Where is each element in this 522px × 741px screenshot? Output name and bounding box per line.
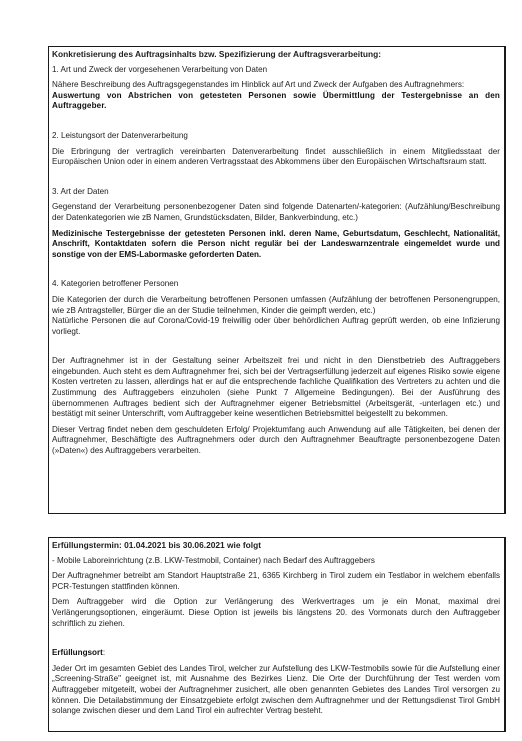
section-1-purpose: Auswertung von Abstrichen von getesteten… (52, 91, 500, 112)
section-3-heading: 3. Art der Daten (52, 187, 500, 198)
fulfillment-place-heading: Erfüllungsort: (52, 648, 500, 659)
section-2-text: Die Erbringung der vertraglich vereinbar… (52, 147, 500, 168)
section-1-text: Nähere Beschreibung des Auftragsgegensta… (52, 80, 500, 91)
section-1-heading: 1. Art und Zweck der vorgesehenen Verarb… (52, 65, 500, 76)
contractor-paragraph: Der Auftragnehmer ist in der Gestaltung … (52, 356, 500, 420)
section-4-text: Die Kategorien der durch die Verarbeitun… (52, 295, 500, 316)
section-2-heading: 2. Leistungsort der Datenverarbeitung (52, 131, 500, 142)
specification-title: Konkretisierung des Auftragsinhalts bzw.… (52, 49, 500, 60)
fulfillment-place-text: Jeder Ort im gesamten Gebiet des Landes … (52, 664, 500, 717)
mobile-lab-item: - Mobile Laboreinrichtung (z.B. LKW-Test… (52, 556, 500, 567)
fulfillment-date-title: Erfüllungstermin: 01.04.2021 bis 30.06.2… (52, 540, 500, 551)
scope-paragraph: Dieser Vertrag findet neben dem geschuld… (52, 425, 500, 457)
fulfillment-place-colon: : (103, 648, 105, 657)
test-lab-text: Der Auftragnehmer betreibt am Standort H… (52, 571, 500, 592)
section-3-data-types: Medizinische Testergebnisse der getestet… (52, 229, 500, 261)
fulfillment-box: Erfüllungstermin: 01.04.2021 bis 30.06.2… (48, 537, 506, 732)
section-4-persons: Natürliche Personen die auf Corona/Covid… (52, 316, 500, 337)
section-3-text: Gegenstand der Verarbeitung personenbezo… (52, 202, 500, 223)
section-4-heading: 4. Kategorien betroffener Personen (52, 279, 500, 290)
specification-box: Konkretisierung des Auftragsinhalts bzw.… (48, 46, 506, 514)
extension-option-text: Dem Auftraggeber wird die Option zur Ver… (52, 597, 500, 629)
fulfillment-place-title: Erfüllungsort (52, 648, 103, 657)
